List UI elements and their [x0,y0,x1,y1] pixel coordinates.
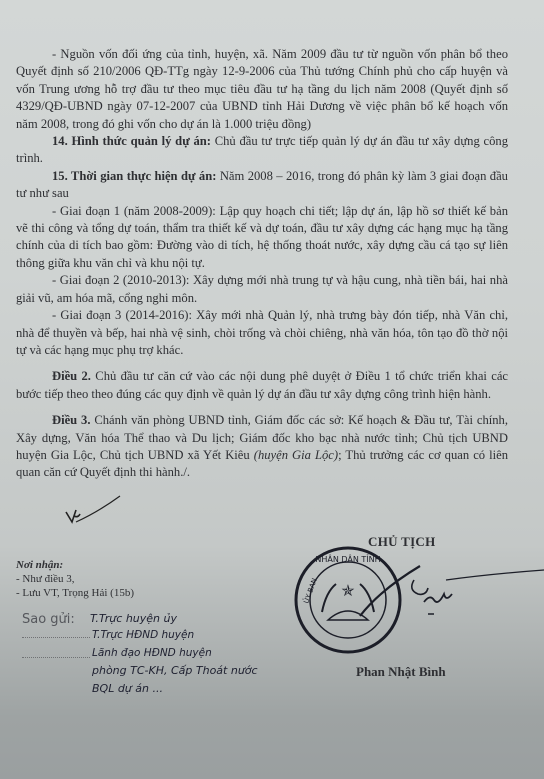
paragraph-dieu-2: Điều 2. Chủ đầu tư căn cứ vào các nội du… [16,368,508,403]
handwritten-line: Lãnh đạo HĐND huyện [92,647,212,659]
document-body: - Nguồn vốn đối ứng của tỉnh, huyện, xã.… [16,46,508,482]
handwritten-line: phòng TC-KH, Cấp Thoát nước [92,664,258,677]
recipients-block: Nơi nhận: - Như điều 3, - Lưu VT, Trọng … [16,558,134,600]
svg-text:ỦY BAN: ỦY BAN [300,576,318,604]
paragraph-dieu-3: Điều 3. Chánh văn phòng UBND tỉnh, Giám … [16,412,508,482]
copy-to-label: Sao gửi: [22,612,75,627]
section-label: 15. Thời gian thực hiện dự án: [52,169,216,183]
initial-scribble-icon [58,492,138,532]
handwritten-line: T.Trực huyện ủy [90,612,177,625]
paragraph-giai-doan-3: - Giai đoạn 3 (2014-2016): Xây mới nhà Q… [16,307,508,359]
paragraph-giai-doan-1: - Giai đoạn 1 (năm 2008-2009): Lập quy h… [16,203,508,273]
signer-name: Phan Nhật Bình [356,664,446,680]
article-label: Điều 3. [52,413,91,427]
dotted-line [22,637,90,638]
dotted-line [22,657,90,658]
signature-scribble-icon [340,560,544,620]
handwritten-line: T.Trực HĐND huyện [92,629,194,641]
handwritten-line: BQL dự án ... [92,682,163,695]
paragraph-muc-14: 14. Hình thức quản lý dự án: Chủ đầu tư … [16,133,508,168]
section-label: 14. Hình thức quản lý dự án: [52,134,211,148]
recipients-title: Nơi nhận: [16,558,134,572]
recipient-item: - Như điều 3, [16,572,134,586]
article-label: Điều 2. [52,369,91,383]
paragraph-nguon-von: - Nguồn vốn đối ứng của tỉnh, huyện, xã.… [16,46,508,133]
recipient-item: - Lưu VT, Trọng Hải (15b) [16,586,134,600]
paragraph-muc-15: 15. Thời gian thực hiện dự án: Năm 2008 … [16,168,508,203]
paragraph-giai-doan-2: - Giai đoạn 2 (2010-2013): Xây dựng mới … [16,272,508,307]
